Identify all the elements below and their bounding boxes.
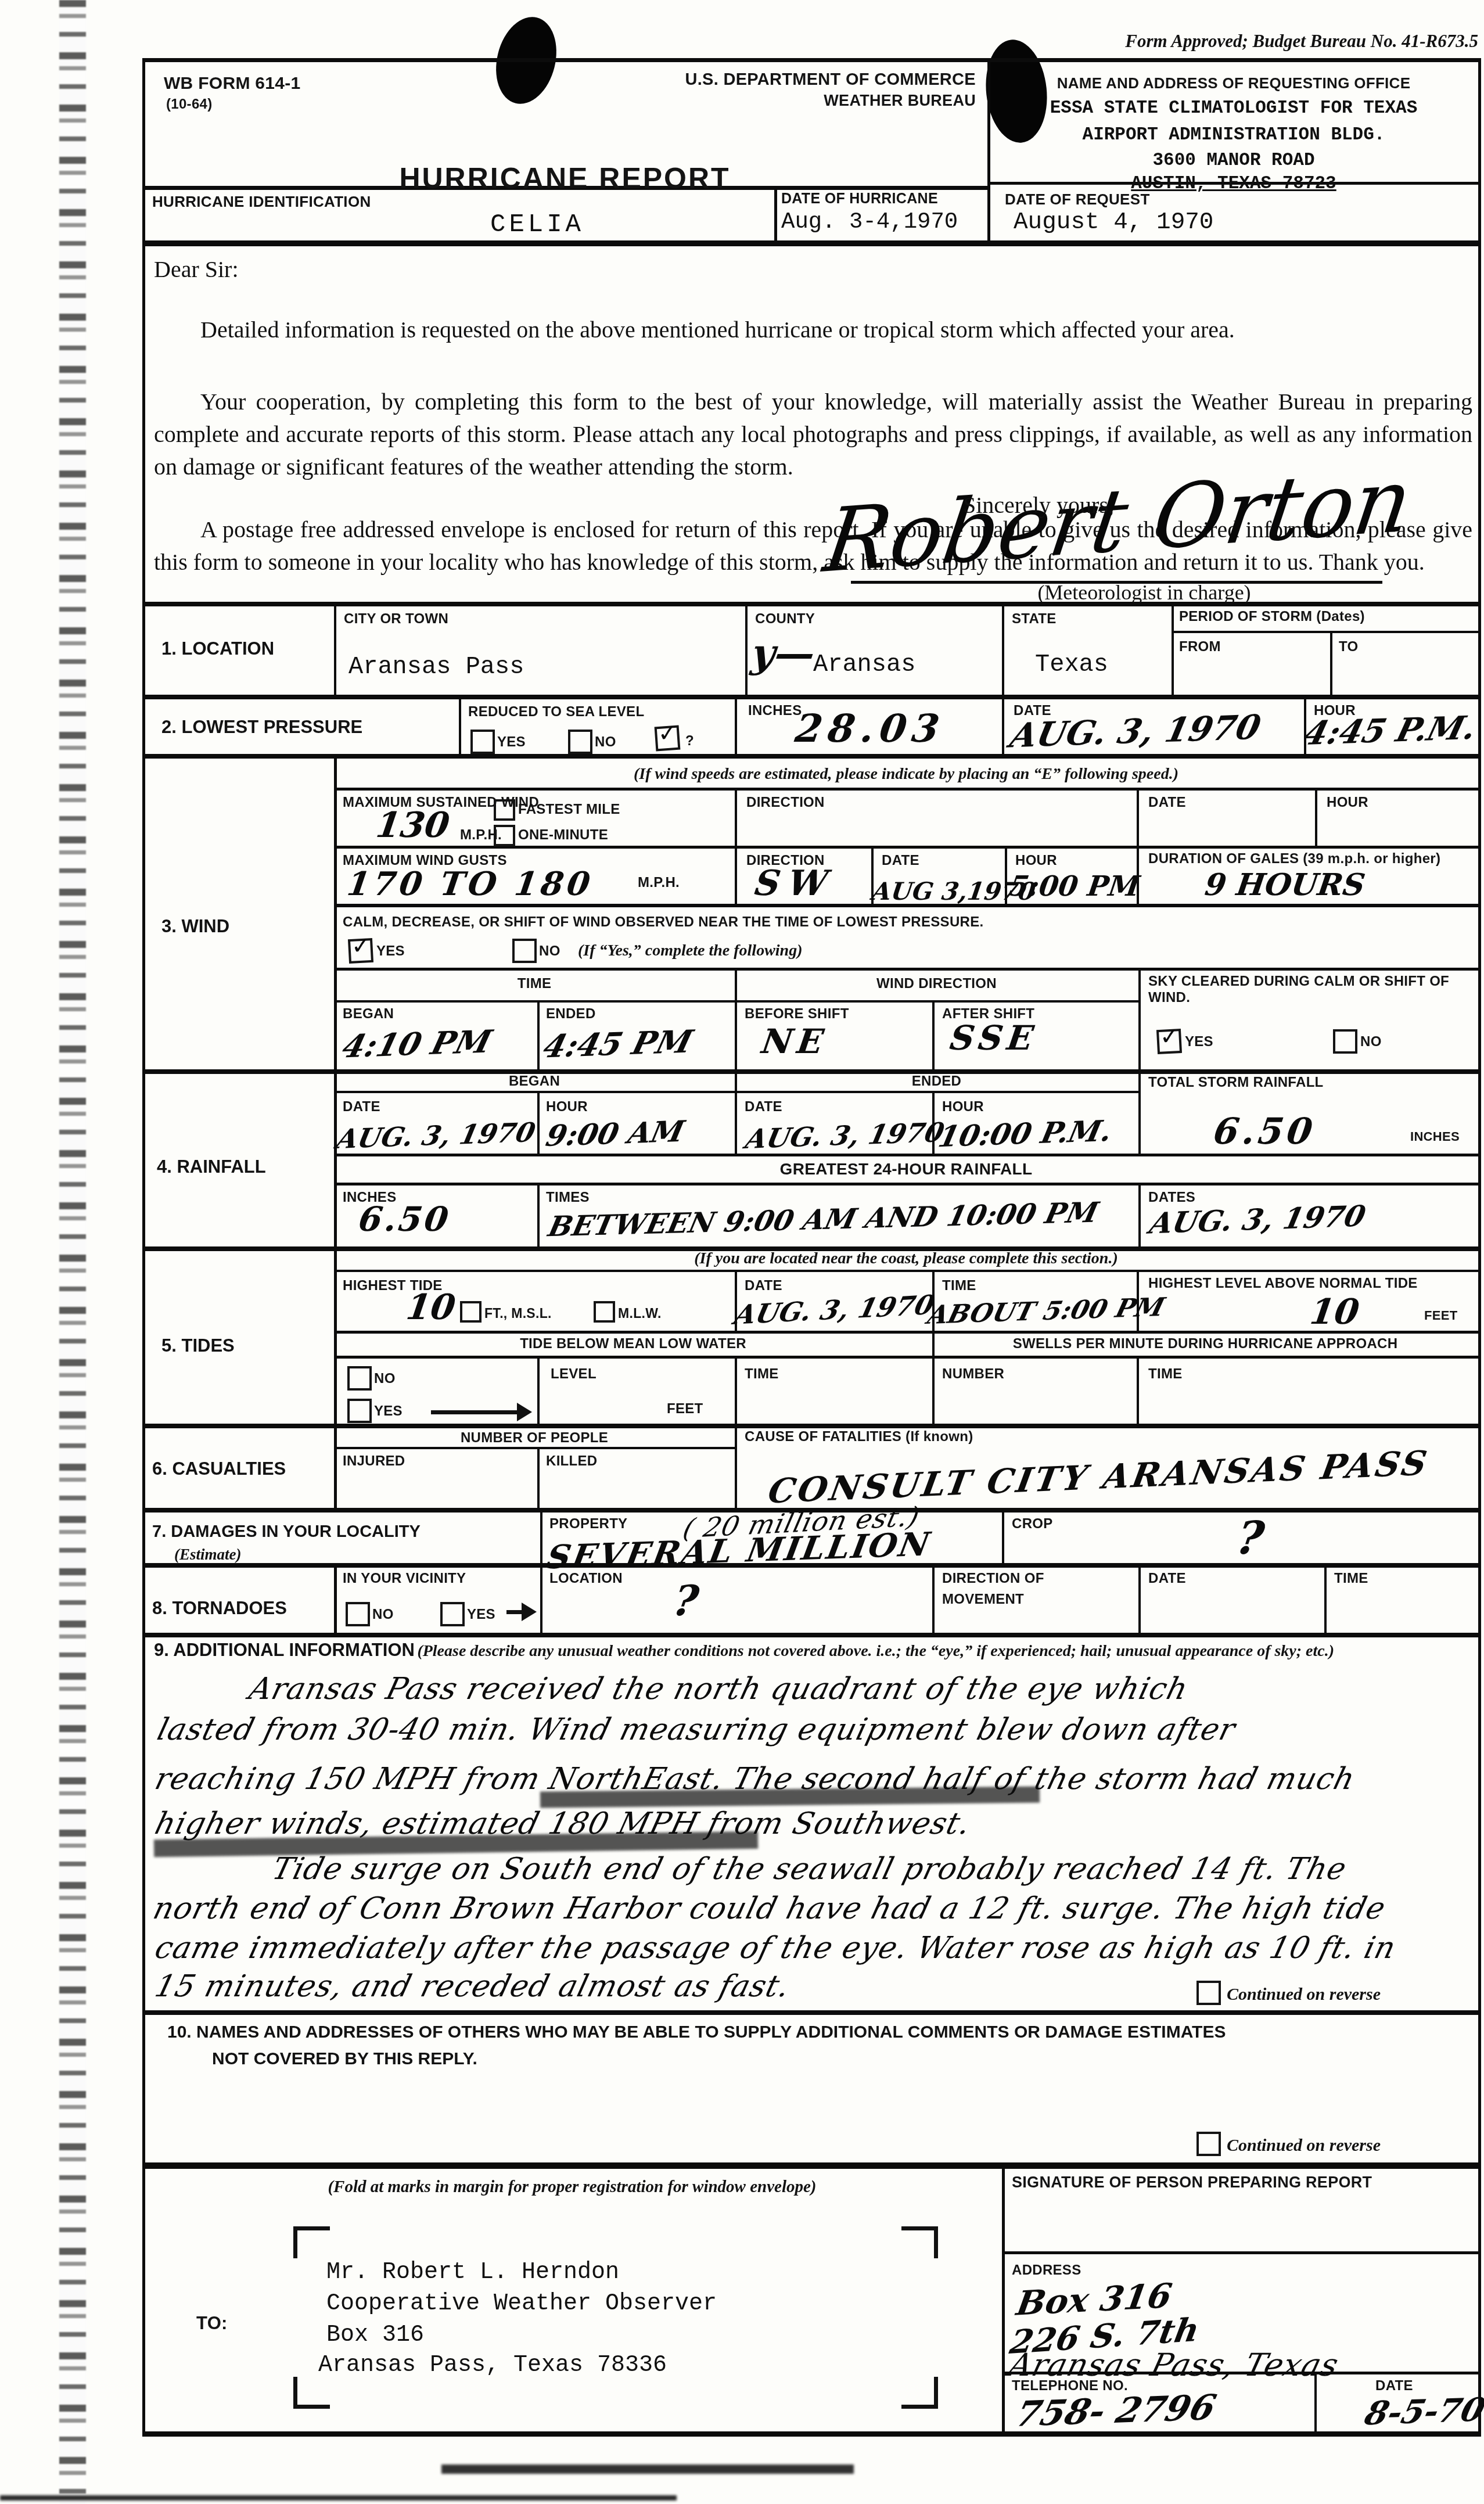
requesting-office-label: NAME AND ADDRESS OF REQUESTING OFFICE — [990, 74, 1477, 92]
number-of-people-header: NUMBER OF PEOPLE — [334, 1430, 735, 1446]
binding-edge-noise — [59, 0, 86, 2504]
time-began-label: BEGAN — [343, 1006, 394, 1022]
date-of-hurricane-label: DATE OF HURRICANE — [781, 191, 938, 208]
below-time-label: TIME — [745, 1366, 779, 1382]
ft-msl-checkbox[interactable] — [460, 1301, 482, 1323]
tornado-no-checkbox[interactable] — [346, 1602, 370, 1626]
pressure-hour-value[interactable]: 4:45 P.M. — [1300, 710, 1480, 752]
section-6-title: 6. CASUALTIES — [152, 1459, 286, 1479]
greatest-inches-value[interactable]: 6.50 — [357, 1201, 453, 1238]
date-of-hurricane-value[interactable]: Aug. 3-4,1970 — [781, 208, 958, 236]
injured-field[interactable] — [336, 1449, 537, 1508]
prepared-date-value[interactable]: 8-5-70 — [1361, 2392, 1484, 2432]
pressure-date-value[interactable]: AUG. 3, 1970 — [1007, 709, 1264, 755]
direction-of-movement-label-1: DIRECTION OF — [942, 1571, 1044, 1587]
closing: Sincerely yours, — [963, 489, 1114, 522]
tornado-no-label: NO — [372, 1607, 394, 1623]
department-name: U.S. DEPARTMENT OF COMMERCE — [523, 70, 976, 89]
section-9-note: (Please describe any unusual weather con… — [417, 1642, 1334, 1660]
form-number: WB FORM 614-1 — [164, 73, 301, 94]
tornado-yes-checkbox[interactable] — [440, 1602, 465, 1626]
continued-reverse-checkbox[interactable] — [1196, 2132, 1221, 2156]
requesting-office-line: AIRPORT ADMINISTRATION BLDG. — [990, 124, 1477, 147]
section-10-entry-area[interactable] — [145, 2077, 1478, 2129]
greatest-24hr-rainfall-header: GREATEST 24-HOUR RAINFALL — [334, 1159, 1478, 1179]
property-label: PROPERTY — [549, 1516, 627, 1532]
in-your-vicinity-label: IN YOUR VICINITY — [343, 1571, 466, 1587]
calm-no-checkbox[interactable] — [512, 939, 537, 963]
rain-ended-hour-value[interactable]: 10:00 P.M. — [936, 1115, 1115, 1152]
rain-began-hour-value[interactable]: 9:00 AM — [543, 1115, 687, 1152]
greatest-dates-label: DATES — [1148, 1190, 1195, 1206]
sky-yes-checkbox[interactable]: ✓ — [1156, 1029, 1182, 1054]
fastest-mile-label: FASTEST MILE — [518, 802, 620, 818]
tide-below-no-checkbox[interactable] — [347, 1366, 372, 1391]
gust-date-label: DATE — [882, 853, 919, 869]
tide-below-yes-checkbox[interactable] — [347, 1399, 372, 1423]
check-icon: ✓ — [657, 720, 678, 748]
additional-info-line: 15 minutes, and receded almost as fast. — [152, 1970, 793, 2003]
section-10-title-line-2: NOT COVERED BY THIS REPLY. — [212, 2049, 477, 2068]
requesting-office-line: ESSA STATE CLIMATOLOGIST FOR TEXAS — [990, 98, 1477, 120]
max-sustained-wind-value[interactable]: 130 — [373, 806, 452, 845]
mlw-label: M.L.W. — [618, 1306, 662, 1321]
gust-hour-label: HOUR — [1015, 853, 1057, 869]
time-ended-label: ENDED — [546, 1006, 596, 1022]
section-8-title: 8. TORNADOES — [152, 1598, 287, 1618]
gust-hour-value[interactable]: 5:00 PM — [1007, 871, 1141, 902]
additional-info-line: north end of Conn Brown Harbor could hav… — [150, 1892, 1389, 1925]
section-2-title: 2. LOWEST PRESSURE — [161, 717, 362, 737]
period-to-field[interactable] — [1332, 633, 1478, 695]
shift-began-value[interactable]: 4:10 PM — [339, 1025, 495, 1064]
tornado-location-value[interactable]: ? — [670, 1578, 701, 1623]
after-shift-value[interactable]: SSE — [948, 1020, 1041, 1057]
greatest-dates-value[interactable]: AUG. 3, 1970 — [1147, 1200, 1369, 1240]
wind-direction-header: WIND DIRECTION — [735, 976, 1138, 992]
continued-reverse-label: Continued on reverse — [1227, 1984, 1381, 2005]
sea-level-question-mark: ? — [685, 733, 694, 749]
additional-info-line: reaching 150 MPH from NorthEast. The sec… — [152, 1763, 1359, 1796]
direction-of-movement-label-2: MOVEMENT — [942, 1592, 1024, 1608]
reduced-to-sea-level-label: REDUCED TO SEA LEVEL — [468, 704, 644, 720]
prepared-date-label: DATE — [1375, 2378, 1413, 2394]
registration-mark — [901, 2226, 938, 2258]
preparer-address-label: ADDRESS — [1012, 2262, 1081, 2279]
tornado-date-label: DATE — [1148, 1571, 1186, 1587]
form-revision: (10-64) — [166, 96, 212, 113]
sea-level-unknown-checkbox[interactable]: ✓ — [655, 725, 681, 752]
continued-reverse-label: Continued on reverse — [1227, 2135, 1381, 2156]
calm-no-label: NO — [539, 943, 560, 960]
tide-time-label: TIME — [942, 1278, 976, 1294]
rain-ended-hour-label: HOUR — [942, 1099, 984, 1115]
registration-mark — [293, 2377, 330, 2409]
salutation: Dear Sir: — [154, 253, 239, 286]
shift-ended-value[interactable]: 4:45 PM — [540, 1025, 696, 1064]
date-of-request-label: DATE OF REQUEST — [1005, 191, 1150, 209]
section-7-title: 7. DAMAGES IN YOUR LOCALITY — [152, 1523, 421, 1542]
ft-msl-label: FT., M.S.L. — [484, 1306, 552, 1321]
highest-level-feet-label: FEET — [1424, 1308, 1457, 1323]
city-value[interactable]: Aransas Pass — [348, 652, 524, 682]
sea-level-no-checkbox[interactable] — [568, 730, 592, 754]
gusts-mph-label: M.P.H. — [638, 875, 680, 891]
calm-note: (If “Yes,” complete the following) — [578, 941, 803, 961]
greatest-times-value[interactable]: BETWEEN 9:00 AM AND 10:00 PM — [545, 1198, 1101, 1242]
check-icon: ✓ — [1159, 1023, 1180, 1051]
tornado-yes-label: YES — [467, 1607, 495, 1623]
mlw-checkbox[interactable] — [594, 1301, 615, 1323]
calm-yes-label: YES — [376, 943, 405, 960]
section-4-title: 4. RAINFALL — [157, 1157, 266, 1177]
section-5-title: 5. TIDES — [161, 1336, 235, 1356]
date-of-request-value[interactable]: August 4, 1970 — [1014, 208, 1213, 238]
highest-level-label: HIGHEST LEVEL ABOVE NORMAL TIDE — [1148, 1276, 1471, 1292]
check-icon: ✓ — [351, 932, 372, 960]
hurricane-report-scanned-form: Form Approved; Budget Bureau No. 41-R673… — [0, 0, 1484, 2504]
section-10-title-line-1: 10. NAMES AND ADDRESSES OF OTHERS WHO MA… — [167, 2022, 1226, 2042]
rain-ended-date-label: DATE — [745, 1099, 782, 1115]
property-damage-value[interactable]: SEVERAL MILLION — [544, 1527, 934, 1576]
city-label: CITY OR TOWN — [344, 611, 448, 627]
total-rainfall-inches-label: INCHES — [1410, 1129, 1460, 1144]
rain-began-date-label: DATE — [343, 1099, 380, 1115]
tide-date-value[interactable]: AUG. 3, 1970 — [732, 1290, 937, 1330]
section-1-title: 1. LOCATION — [161, 639, 274, 659]
registration-mark — [293, 2226, 330, 2258]
cause-of-fatalities-label: CAUSE OF FATALITIES (If known) — [745, 1429, 973, 1445]
cause-of-fatalities-value[interactable]: CONSULT CITY ARANSAS PASS — [766, 1445, 1432, 1510]
yes-arrow — [506, 1610, 523, 1614]
tide-below-no-label: NO — [374, 1371, 396, 1387]
additional-info-line: came immediately after the passage of th… — [152, 1932, 1399, 1965]
hurricane-id-label: HURRICANE IDENTIFICATION — [152, 193, 371, 211]
pressure-inches-value[interactable]: 28.03 — [793, 707, 948, 750]
wind-estimate-note: (If wind speeds are estimated, please in… — [334, 764, 1478, 784]
before-shift-value[interactable]: NE — [760, 1023, 831, 1061]
state-label: STATE — [1012, 611, 1057, 627]
county-mark: y— — [749, 632, 818, 676]
tide-below-yes-label: YES — [374, 1403, 403, 1420]
tides-note: (If you are located near the coast, plea… — [334, 1249, 1478, 1269]
bottom-streak — [441, 2465, 854, 2474]
fold-note: (Fold at marks in margin for proper regi… — [142, 2177, 1002, 2197]
state-value[interactable]: Texas — [1035, 649, 1108, 680]
section-3-title: 3. WIND — [161, 917, 229, 936]
budget-approval-note: Form Approved; Budget Bureau No. 41-R673… — [958, 30, 1478, 52]
sky-cleared-label: SKY CLEARED DURING CALM OR SHIFT OF WIND… — [1148, 973, 1465, 1007]
requesting-office-line: 3600 MANOR ROAD — [990, 150, 1477, 173]
tide-date-label: DATE — [745, 1278, 782, 1294]
preparer-signature-field[interactable] — [1005, 2196, 1475, 2251]
preparer-signature-label: SIGNATURE OF PERSON PREPARING REPORT — [1012, 2174, 1372, 2192]
letter-paragraph-1: Detailed information is requested on the… — [154, 314, 1472, 346]
section-9-header: 9. ADDITIONAL INFORMATION (Please descri… — [154, 1640, 1467, 1661]
continued-reverse-checkbox[interactable] — [1196, 1981, 1221, 2005]
sea-level-yes-checkbox[interactable] — [470, 730, 495, 754]
rain-ended-date-value[interactable]: AUG. 3, 1970 — [743, 1118, 947, 1154]
to-address-line: Cooperative Weather Observer — [326, 2290, 717, 2319]
to-address-line: Aransas Pass, Texas 78336 — [318, 2351, 667, 2380]
calm-shift-label: CALM, DECREASE, OR SHIFT OF WIND OBSERVE… — [343, 914, 983, 931]
sustained-hour-label: HOUR — [1327, 795, 1368, 811]
period-from-field[interactable] — [1174, 633, 1328, 695]
crop-label: CROP — [1012, 1516, 1053, 1532]
additional-info-line: Tide surge on South end of the seawall p… — [269, 1853, 1350, 1886]
sky-no-checkbox[interactable] — [1333, 1029, 1357, 1054]
additional-info-line: Aransas Pass received the north quadrant… — [246, 1673, 1191, 1706]
level-feet-label: FEET — [667, 1401, 703, 1417]
time-header: TIME — [334, 976, 735, 992]
section-9-title: 9. ADDITIONAL INFORMATION — [154, 1640, 415, 1660]
greatest-times-label: TIMES — [546, 1190, 590, 1206]
sustained-direction-label: DIRECTION — [746, 795, 825, 811]
tide-below-header: TIDE BELOW MEAN LOW WATER — [334, 1336, 932, 1352]
swells-number-label: NUMBER — [942, 1366, 1004, 1382]
crop-damage-value[interactable]: ? — [1234, 1514, 1267, 1564]
preparer-address-value[interactable]: Aransas Pass, Texas — [1005, 2348, 1342, 2382]
duration-of-gales-label: DURATION OF GALES (39 m.p.h. or higher) — [1148, 851, 1471, 867]
sea-level-no-label: NO — [595, 734, 616, 750]
swells-time-label: TIME — [1148, 1366, 1183, 1382]
calm-yes-checkbox[interactable]: ✓ — [348, 938, 373, 964]
duration-of-gales-value[interactable]: 9 HOURS — [1203, 868, 1367, 901]
additional-info-line: lasted from 30-40 min. Wind measuring eq… — [154, 1713, 1239, 1747]
to-label: TO: — [196, 2313, 228, 2334]
bottom-streak — [0, 2495, 677, 2501]
total-rainfall-value[interactable]: 6.50 — [1211, 1112, 1318, 1151]
highest-level-value[interactable]: 10 — [1307, 1293, 1361, 1331]
signature-caption: (Meteorologist in charge) — [947, 581, 1342, 604]
total-storm-rainfall-label: TOTAL STORM RAINFALL — [1148, 1075, 1324, 1091]
tide-time-value[interactable]: ABOUT 5:00 PM — [925, 1294, 1167, 1330]
swells-header: SWELLS PER MINUTE DURING HURRICANE APPRO… — [932, 1336, 1478, 1352]
fastest-mile-checkbox[interactable] — [494, 799, 515, 821]
to-address-line: Box 316 — [326, 2321, 424, 2350]
hurricane-id-value[interactable]: CELIA — [334, 209, 741, 241]
additional-info-line: higher winds, estimated 180 MPH from Sou… — [152, 1808, 974, 1841]
county-value[interactable]: Aransas — [813, 649, 915, 680]
rain-began-hour-label: HOUR — [546, 1099, 588, 1115]
to-address-line: Mr. Robert L. Herndon — [326, 2258, 619, 2287]
before-shift-label: BEFORE SHIFT — [745, 1006, 849, 1022]
killed-field[interactable] — [540, 1449, 735, 1508]
rain-ended-header: ENDED — [735, 1073, 1138, 1090]
rain-began-header: BEGAN — [334, 1073, 735, 1090]
sky-yes-label: YES — [1185, 1034, 1213, 1050]
damages-estimate-note: (Estimate) — [174, 1545, 242, 1564]
max-gusts-value[interactable]: 170 TO 180 — [345, 867, 596, 903]
tornado-time-label: TIME — [1334, 1571, 1368, 1587]
telephone-value[interactable]: 758- 2796 — [1012, 2388, 1220, 2434]
sea-level-yes-label: YES — [497, 734, 526, 750]
level-label: LEVEL — [551, 1366, 597, 1382]
sustained-date-label: DATE — [1148, 795, 1186, 811]
highest-tide-value[interactable]: 10 — [404, 1288, 458, 1327]
pressure-inches-label: INCHES — [748, 703, 802, 719]
county-label: COUNTY — [755, 611, 815, 627]
gust-direction-value[interactable]: SW — [752, 864, 838, 903]
one-minute-checkbox[interactable] — [494, 825, 515, 846]
yes-arrow — [431, 1410, 518, 1414]
registration-mark — [901, 2377, 938, 2409]
one-minute-label: ONE-MINUTE — [518, 827, 608, 843]
sky-no-label: NO — [1360, 1034, 1382, 1050]
rain-began-date-value[interactable]: AUG. 3, 1970 — [334, 1118, 538, 1154]
period-of-storm-label: PERIOD OF STORM (Dates) — [1179, 609, 1365, 625]
tornado-location-label: LOCATION — [549, 1571, 623, 1587]
bureau-name: WEATHER BUREAU — [523, 92, 976, 110]
